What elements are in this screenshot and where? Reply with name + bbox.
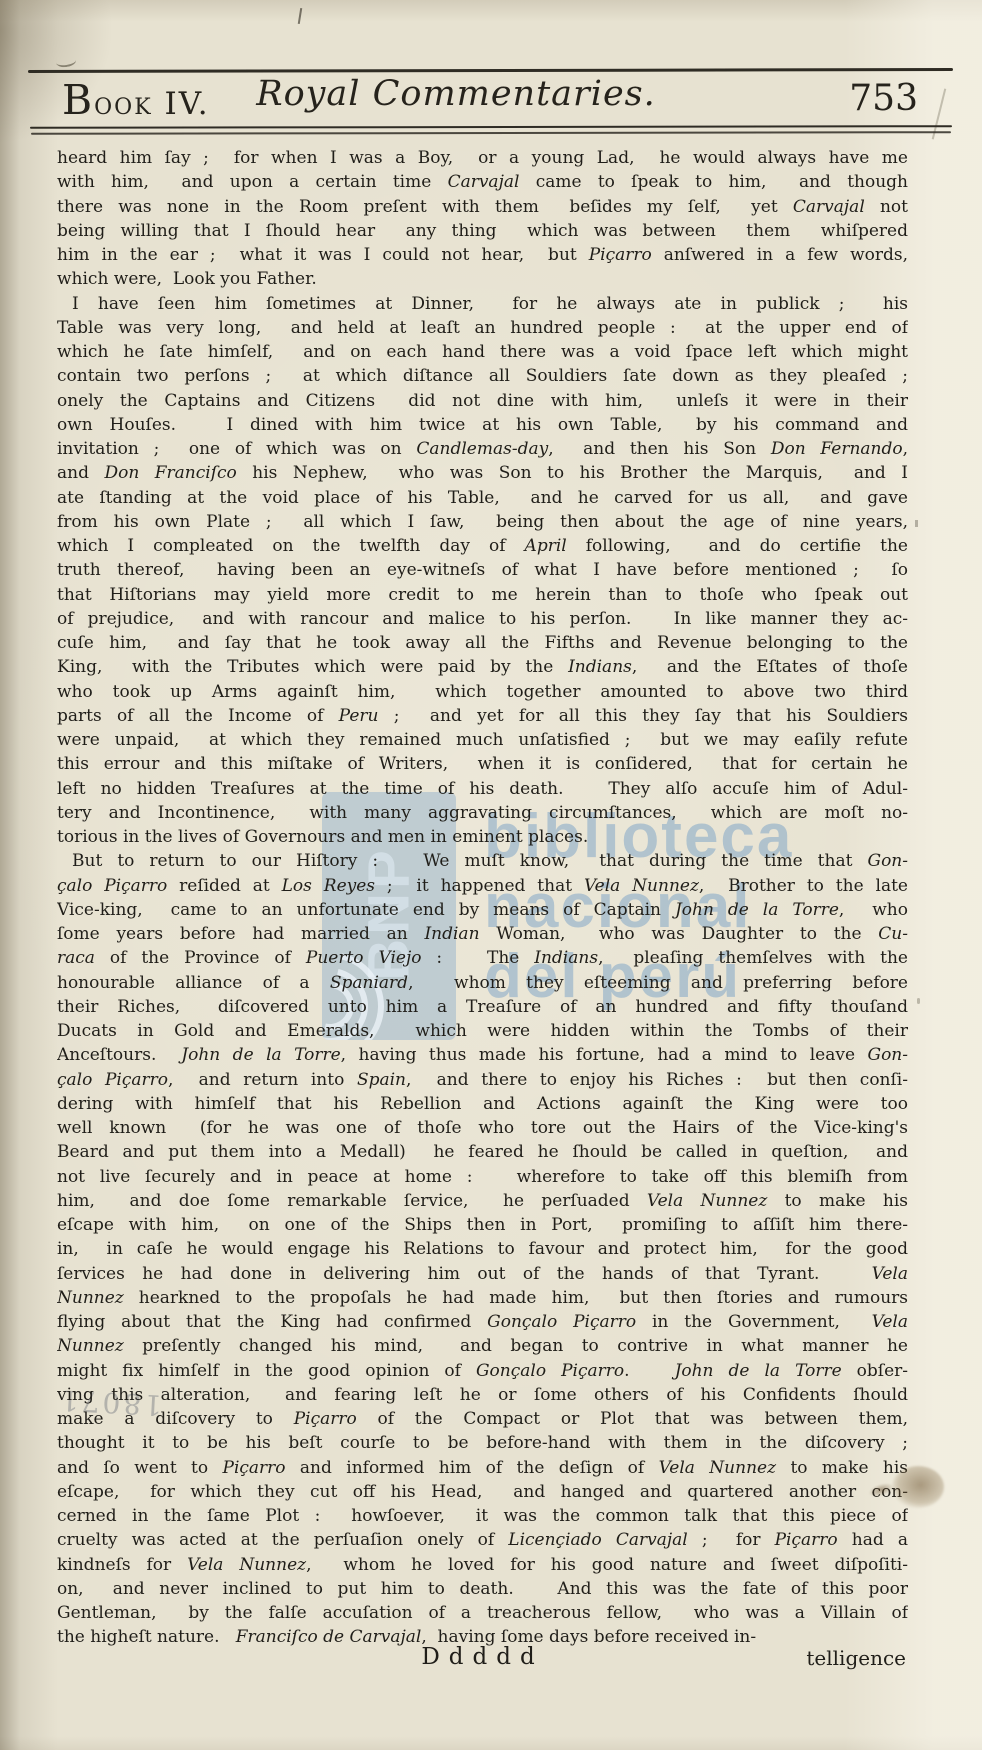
text-line: which I compleated on the twelfth day of…	[57, 534, 908, 558]
text-line: Nunnez hearkned to the propoſals he had …	[57, 1286, 908, 1310]
text-line: ſome years before had married an Indian …	[57, 922, 908, 946]
text-line: there was none in the Room preſent with …	[57, 195, 908, 219]
text-line: ate ſtanding at the void place of his Ta…	[57, 486, 908, 510]
text-line: Beard and put them into a Medall) he fea…	[57, 1140, 908, 1164]
text-line: honourable alliance of a Spaniard, whom …	[57, 971, 908, 995]
text-line: Nunnez preſently changed his mind, and b…	[57, 1334, 908, 1358]
text-line: might fix himſelf in the good opinion of…	[57, 1359, 908, 1383]
text-line: çalo Piçarro, and return into Spain, and…	[57, 1068, 908, 1092]
text-line: Ducats in Gold and Emeralds, which were …	[57, 1019, 908, 1043]
text-line: eſcape with him, on one of the Ships the…	[57, 1213, 908, 1237]
text-line: their Riches, diſcovered unto him a Trea…	[57, 995, 908, 1019]
text-line: cuſe him, and ſay that he took away all …	[57, 631, 908, 655]
page-body: heard him ſay ; for when I was a Boy, or…	[57, 146, 908, 1650]
text-line: who took up Arms againſt him, which toge…	[57, 680, 908, 704]
text-line: being willing that I ſhould hear any thi…	[57, 219, 908, 243]
text-line: and ſo went to Piçarro and informed him …	[57, 1456, 908, 1480]
text-line: eſcape, for which they cut off his Head,…	[57, 1480, 908, 1504]
text-line: with him, and upon a certain time Carvaj…	[57, 170, 908, 194]
text-line: I have ſeen him ſometimes at Dinner, for…	[57, 292, 908, 316]
text-line: King, with the Tributes which were paid …	[57, 655, 908, 679]
text-line: which were, Look you Father.	[57, 267, 908, 291]
text-line: cerned in the ſame Plot : howſoever, it …	[57, 1504, 908, 1528]
text-line: which he ſate himſelf, and on each hand …	[57, 340, 908, 364]
text-line: that Hiſtorians may yield more credit to…	[57, 583, 908, 607]
page-title: Royal Commentaries.	[0, 74, 912, 114]
text-line: But to return to our Hiſtory : We muſt k…	[57, 849, 908, 873]
text-line: torious in the lives of Governours and m…	[57, 825, 908, 849]
text-line: of prejudice, and with rancour and malic…	[57, 607, 908, 631]
text-line: well known (for he was one of thoſe who …	[57, 1116, 908, 1140]
text-line: and Don Franciſco his Nephew, who was So…	[57, 461, 908, 485]
text-line: invitation ; one of which was on Candlem…	[57, 437, 908, 461]
catchword: telligence	[806, 1646, 906, 1670]
text-line: him in the ear ; what it was I could not…	[57, 243, 908, 267]
text-line: heard him ſay ; for when I was a Boy, or…	[57, 146, 908, 170]
text-line: him, and doe ſome remarkable ſervice, he…	[57, 1189, 908, 1213]
text-line: raca of the Province of Puerto Viejo : T…	[57, 946, 908, 970]
text-line: kindneſs for Vela Nunnez, whom he loved …	[57, 1553, 908, 1577]
text-line: Vice-king, came to an unfortunate end by…	[57, 898, 908, 922]
scanned-book-page: { "colors": { "paper": "#e7e2d1", "ink":…	[0, 0, 982, 1750]
text-line: flying about that the King had confirmed…	[57, 1310, 908, 1334]
page-number: 753	[849, 78, 918, 119]
page-footer: Ddddd telligence	[57, 1644, 908, 1672]
text-line: left no hidden Treaſures at the time of …	[57, 777, 908, 801]
text-line: ving this alteration, and fearing leſt h…	[57, 1383, 908, 1407]
text-line: çalo Piçarro reſided at Los Reyes ; it h…	[57, 874, 908, 898]
text-line: Gentleman, by the falſe accuſation of a …	[57, 1601, 908, 1625]
text-line: Anceſtours. John de la Torre, having thu…	[57, 1043, 908, 1067]
signature-mark: Ddddd	[57, 1644, 908, 1670]
text-line: in, in caſe he would engage his Relation…	[57, 1237, 908, 1261]
text-line: not live ſecurely and in peace at home :…	[57, 1165, 908, 1189]
text-line: were unpaid, at which they remained much…	[57, 728, 908, 752]
text-line: on, and never inclined to put him to dea…	[57, 1577, 908, 1601]
text-line: make a diſcovery to Piçarro of the Compa…	[57, 1407, 908, 1431]
text-line: this errour and this miſtake of Writers,…	[57, 752, 908, 776]
text-line: ſervices he had done in delivering him o…	[57, 1262, 908, 1286]
text-line: dering with himſelf that his Rebellion a…	[57, 1092, 908, 1116]
text-line: contain two perſons ; at which diſtance …	[57, 364, 908, 388]
text-line: cruelty was acted at the perſuaſion onel…	[57, 1528, 908, 1552]
text-line: parts of all the Income of Peru ; and ye…	[57, 704, 908, 728]
text-line: own Houſes. I dined with him twice at hi…	[57, 413, 908, 437]
text-line: from his own Plate ; all which I ſaw, be…	[57, 510, 908, 534]
text-line: truth thereof, having been an eye-witneſ…	[57, 558, 908, 582]
text-line: thought it to be his beſt courſe to be b…	[57, 1431, 908, 1455]
text-line: onely the Captains and Citizens did not …	[57, 389, 908, 413]
text-line: tery and Incontinence, with many aggrava…	[57, 801, 908, 825]
text-line: Table was very long, and held at leaſt a…	[57, 316, 908, 340]
